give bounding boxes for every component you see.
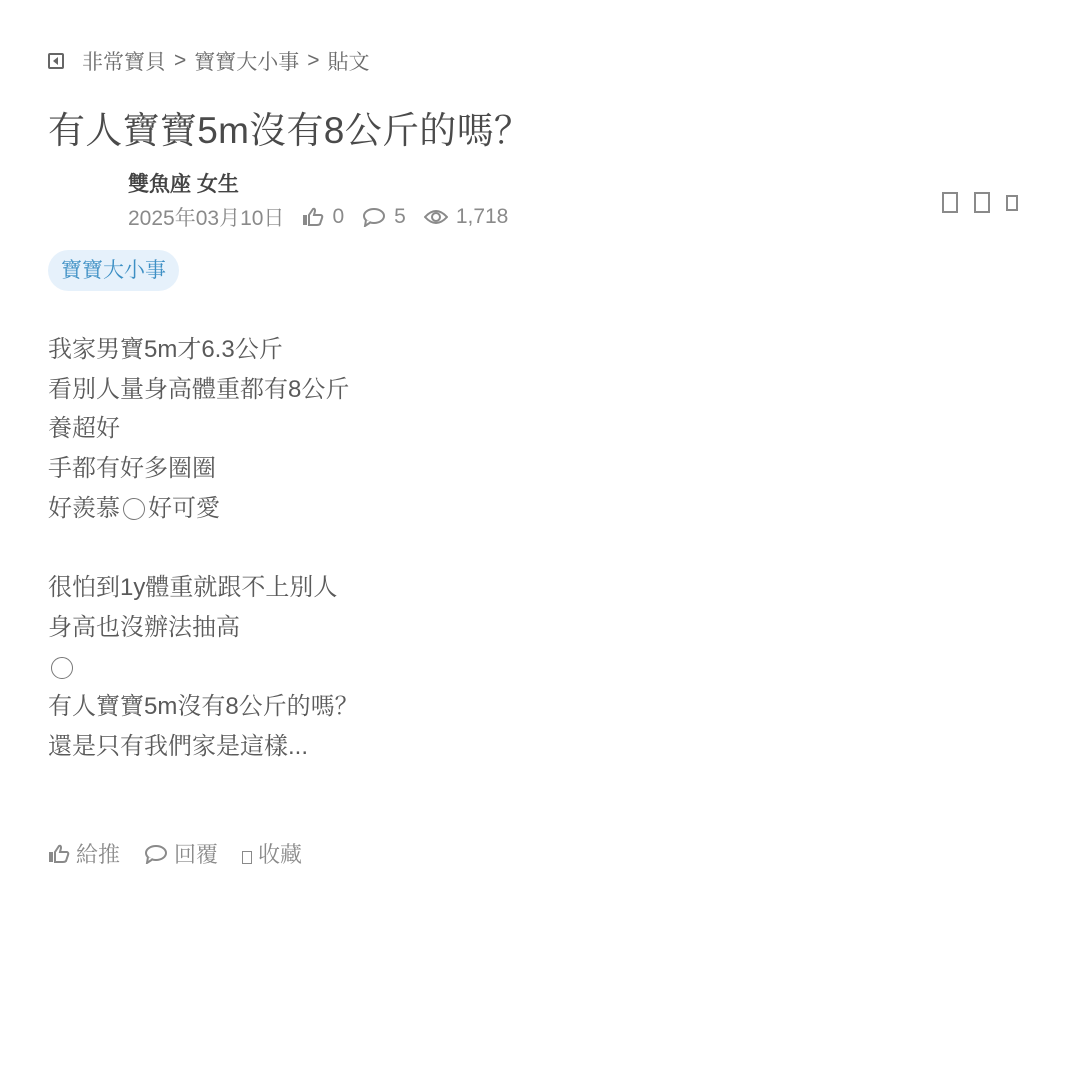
pensive-face-icon	[51, 657, 73, 679]
body-line: 我家男寶5m才6.3公斤	[48, 330, 359, 370]
post-body: 我家男寶5m才6.3公斤 看別人量身高體重都有8公斤 養超好 手都有好多圈圈 好…	[48, 330, 359, 767]
view-count-text: 1,718	[456, 205, 509, 229]
thumbs-up-icon	[48, 844, 70, 864]
more-icon[interactable]	[1006, 195, 1018, 211]
body-line-blank	[48, 528, 359, 568]
bookmark-label: 收藏	[258, 838, 302, 869]
like-button[interactable]: 給推	[48, 838, 120, 869]
back-icon[interactable]	[48, 53, 64, 69]
breadcrumb-item-forum[interactable]: 非常寶貝	[82, 46, 166, 76]
breadcrumb: 非常寶貝 > 寶寶大小事 > 貼文	[48, 46, 370, 76]
post-meta: 2025年03月10日 0 5 1,718	[128, 202, 526, 232]
body-line: 很怕到1y體重就跟不上別人	[48, 568, 359, 608]
author-name[interactable]: 雙魚座 女生	[128, 168, 239, 198]
breadcrumb-separator: >	[174, 49, 186, 73]
breadcrumb-item-board[interactable]: 寶寶大小事	[194, 46, 299, 76]
view-count: 1,718	[424, 205, 509, 229]
comment-count: 5	[362, 205, 406, 229]
body-line: 有人寶寶5m沒有8公斤的嗎？	[48, 687, 359, 727]
share-icon[interactable]	[942, 192, 958, 213]
bookmark-button[interactable]: 收藏	[242, 838, 302, 869]
post-date: 2025年03月10日	[128, 202, 284, 232]
body-text: 好可愛	[148, 495, 220, 522]
reply-label: 回覆	[174, 838, 218, 869]
comment-icon	[144, 844, 168, 864]
thumbs-up-icon	[302, 207, 324, 227]
post-title: 有人寶寶5m沒有8公斤的嗎？	[48, 100, 531, 154]
eye-icon	[424, 208, 448, 226]
comment-count-text: 5	[394, 205, 406, 229]
body-line	[48, 648, 359, 688]
post-actions: 給推 回覆 收藏	[48, 838, 326, 869]
date-text: 2025年03月10日	[128, 202, 284, 232]
crying-face-icon	[123, 498, 145, 520]
board-tag[interactable]: 寶寶大小事	[48, 250, 179, 291]
breadcrumb-separator: >	[307, 49, 319, 73]
like-count: 0	[302, 205, 344, 229]
body-line: 養超好	[48, 409, 359, 449]
like-count-text: 0	[332, 205, 344, 229]
report-icon[interactable]	[974, 192, 990, 213]
body-line: 還是只有我們家是這樣...	[48, 727, 359, 767]
comment-icon	[362, 207, 386, 227]
like-label: 給推	[76, 838, 120, 869]
body-line: 手都有好多圈圈	[48, 449, 359, 489]
post-toolbar	[942, 192, 1018, 213]
body-line: 看別人量身高體重都有8公斤	[48, 370, 359, 410]
bookmark-icon	[242, 851, 252, 864]
body-text: 好羨慕	[48, 495, 120, 522]
body-line: 好羨慕好可愛	[48, 489, 359, 529]
reply-button[interactable]: 回覆	[144, 838, 218, 869]
body-line: 身高也沒辦法抽高	[48, 608, 359, 648]
breadcrumb-item-current: 貼文	[328, 46, 370, 76]
